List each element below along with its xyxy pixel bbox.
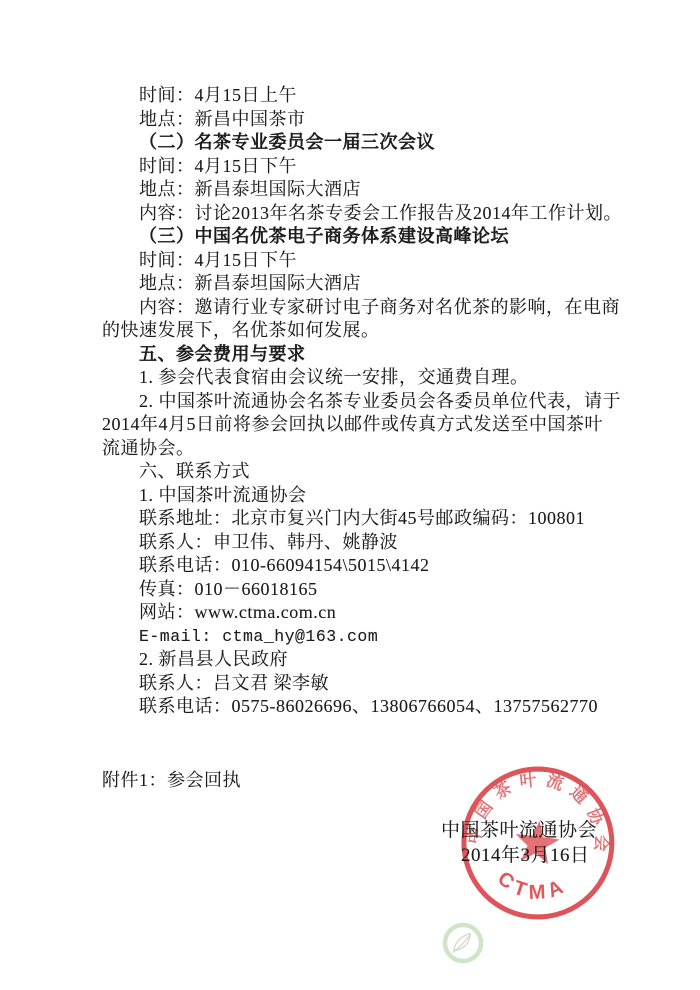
document-line: 时间：4月15日下午	[102, 249, 614, 273]
document-body: 时间：4月15日上午地点：新昌中国茶市（二）名茶专业委员会一届三次会议时间：4月…	[102, 84, 614, 719]
leaf-watermark-icon	[441, 921, 485, 965]
document-line: 联系地址：北京市复兴门内大街45号邮政编码：100801	[102, 507, 614, 531]
document-line: 内容：邀请行业专家研讨电子商务对名优茶的影响，在电商	[102, 296, 614, 320]
document-line: 传真：010－66018165	[102, 578, 614, 602]
document-line: 流通协会。	[102, 437, 614, 461]
document-line: 五、参会费用与要求	[102, 343, 614, 367]
document-line: 地点：新昌泰坦国际大酒店	[102, 178, 614, 202]
document-line: 的快速发展下，名优茶如何发展。	[102, 319, 614, 343]
document-line: 1. 参会代表食宿由会议统一安排，交通费自理。	[102, 366, 614, 390]
document-line: 联系人：吕文君 梁李敏	[102, 672, 614, 696]
document-line: 时间：4月15日上午	[102, 84, 614, 108]
document-line: 地点：新昌泰坦国际大酒店	[102, 272, 614, 296]
document-line: 2014年4月5日前将参会回执以邮件或传真方式发送至中国茶叶	[102, 413, 614, 437]
document-line: 联系电话：0575-86026696、13806766054、137575627…	[102, 695, 614, 719]
document-line: 时间：4月15日下午	[102, 155, 614, 179]
document-line: 地点：新昌中国茶市	[102, 108, 614, 132]
seal-ctma-text: CTMA	[491, 866, 573, 909]
document-line: E-mail: ctma_hy@163.com	[102, 625, 614, 649]
signature-org: 中国茶叶流通协会	[441, 815, 597, 842]
attachment-note: 附件1：参会回执	[102, 766, 241, 792]
document-line: 六、联系方式	[102, 460, 614, 484]
document-line: 联系人：申卫伟、韩丹、姚静波	[102, 531, 614, 555]
document-line: （二）名茶专业委员会一届三次会议	[102, 131, 614, 155]
document-line: 1. 中国茶叶流通协会	[102, 484, 614, 508]
document-line: 网站：www.ctma.com.cn	[102, 601, 614, 625]
document-line: 联系电话：010-66094154\5015\4142	[102, 554, 614, 578]
document-line: 内容：讨论2013年名茶专委会工作报告及2014年工作计划。	[102, 202, 614, 226]
document-line: （三）中国名优茶电子商务体系建设高峰论坛	[102, 225, 614, 249]
document-line: 2. 新昌县人民政府	[102, 648, 614, 672]
document-page: 时间：4月15日上午地点：新昌中国茶市（二）名茶专业委员会一届三次会议时间：4月…	[0, 0, 700, 990]
document-line: 2. 中国茶叶流通协会名茶专业委员会各委员单位代表，请于	[102, 390, 614, 414]
signature-date: 2014年3月16日	[461, 840, 590, 867]
